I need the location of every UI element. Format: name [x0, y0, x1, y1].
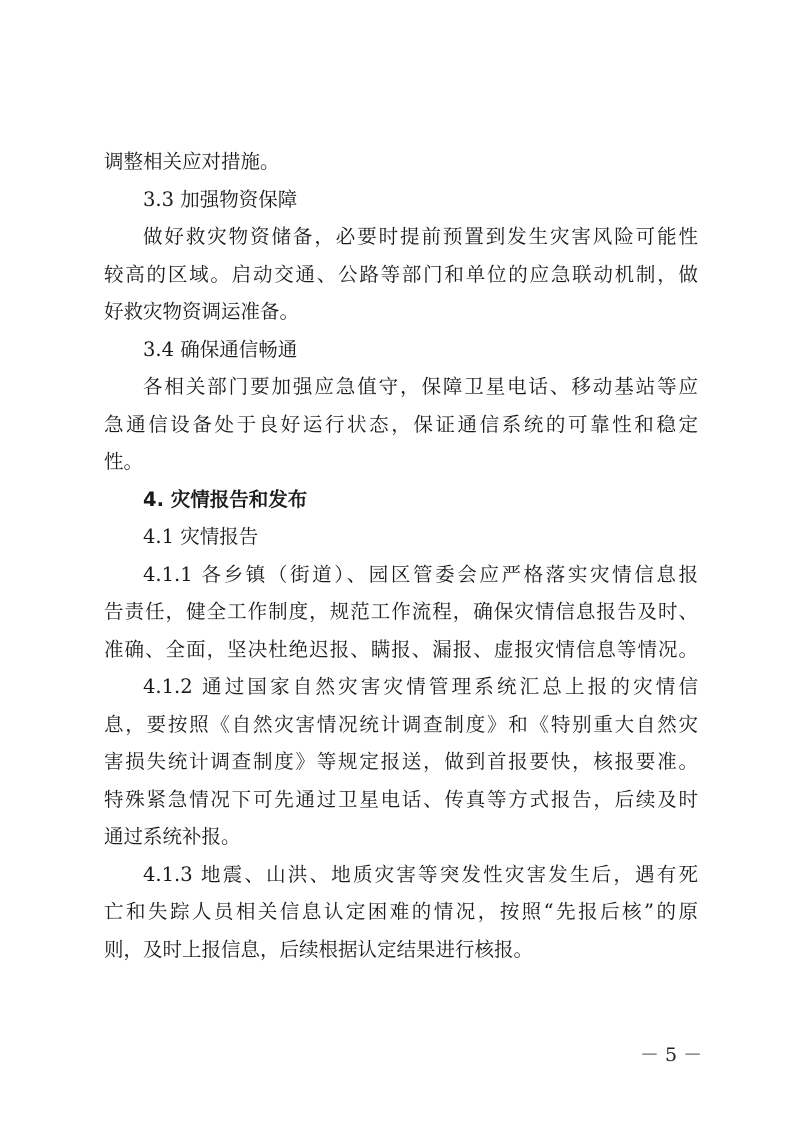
paragraph-line: 4.1.3 地震、山洪、地质灾害等突发性灾害发生后，遇有死 — [143, 862, 698, 888]
paragraph-line: 特殊紧急情况下可先通过卫星电话、传真等方式报告，后续及时 — [104, 787, 698, 813]
subsection-heading: 3.3 加强物资保障 — [143, 187, 698, 213]
paragraph-line: 告责任，健全工作制度，规范工作流程，确保灾情信息报告及时、 — [104, 599, 698, 625]
paragraph-line: 则，及时上报信息，后续根据认定结果进行核报。 — [104, 937, 698, 963]
document-page: 调整相关应对措施。3.3 加强物资保障做好救灾物资储备，必要时提前预置到发生灾害… — [0, 0, 793, 1122]
paragraph-line: 4.1.2 通过国家自然灾害灾情管理系统汇总上报的灾情信 — [143, 674, 698, 700]
paragraph-line: 调整相关应对措施。 — [104, 149, 698, 175]
paragraph-line: 准确、全面，坚决杜绝迟报、瞒报、漏报、虚报灾情信息等情况。 — [104, 637, 698, 663]
paragraph-line: 通过系统补报。 — [104, 824, 698, 850]
paragraph-line: 4.1.1 各乡镇（街道）、园区管委会应严格落实灾情信息报 — [143, 562, 698, 588]
paragraph-line: 害损失统计调查制度》等规定报送，做到首报要快，核报要准。 — [104, 749, 698, 775]
paragraph-line: 急通信设备处于良好运行状态，保证通信系统的可靠性和稳定 — [104, 412, 698, 438]
paragraph-line: 性。 — [104, 449, 698, 475]
paragraph-line: 好救灾物资调运准备。 — [104, 299, 698, 325]
page-number: － 5 － — [640, 1040, 702, 1067]
section-heading: 4. 灾情报告和发布 — [143, 487, 698, 513]
paragraph-line: 亡和失踪人员相关信息认定困难的情况，按照“先报后核”的原 — [104, 899, 698, 925]
subsection-heading: 4.1 灾情报告 — [143, 524, 698, 550]
paragraph-line: 息，要按照《自然灾害情况统计调查制度》和《特别重大自然灾 — [104, 712, 698, 738]
subsection-heading: 3.4 确保通信畅通 — [143, 337, 698, 363]
paragraph-line: 较高的区域。启动交通、公路等部门和单位的应急联动机制，做 — [104, 262, 698, 288]
paragraph-line: 做好救灾物资储备，必要时提前预置到发生灾害风险可能性 — [143, 224, 698, 250]
paragraph-line: 各相关部门要加强应急值守，保障卫星电话、移动基站等应 — [143, 374, 698, 400]
